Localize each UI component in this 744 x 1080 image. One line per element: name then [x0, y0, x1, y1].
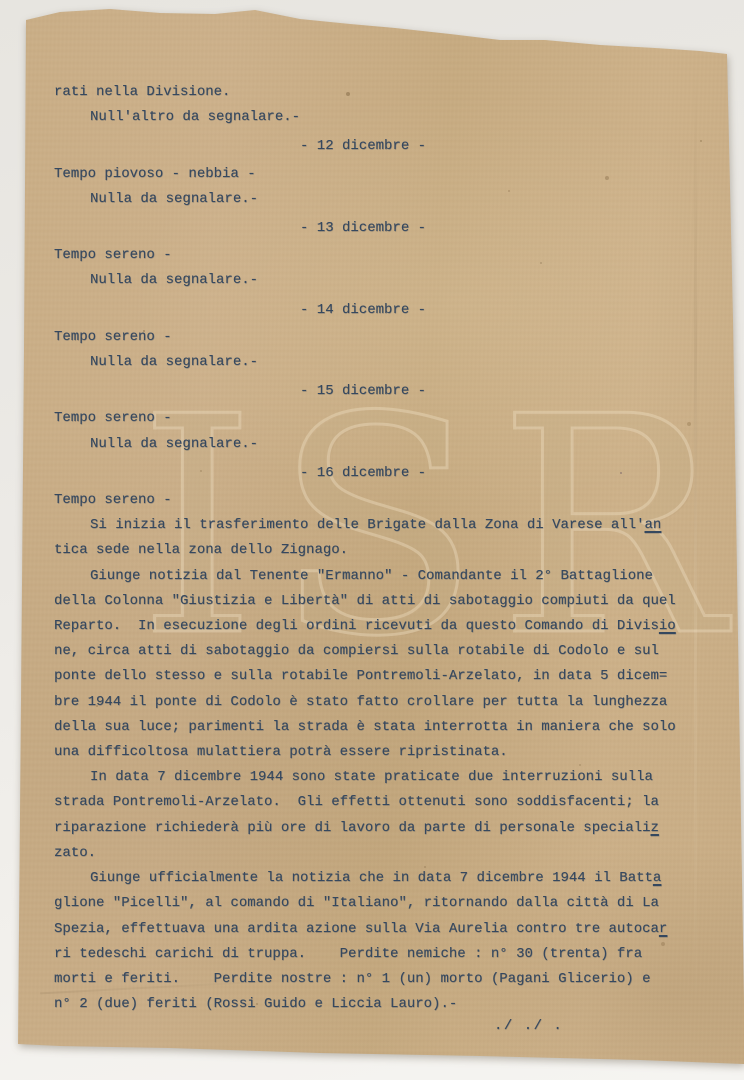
text-line: Tempo sereno -: [54, 243, 698, 268]
text-line: rati nella Divisione.: [54, 80, 698, 105]
continuation-mark: ./ ./ .: [494, 1018, 563, 1034]
text-line: Nulla da segnalare.-: [54, 268, 698, 293]
text-line: Si inizia il trasferimento delle Brigate…: [54, 513, 698, 538]
paper-speckles: [0, 0, 2, 2]
text-line: riparazione richiederà più ore di lavoro…: [54, 816, 698, 841]
text-line: - 16 dicembre -: [54, 461, 698, 486]
text-line: ponte dello stesso e sulla rotabile Pont…: [54, 664, 698, 689]
text-line: glione "Picelli", al comando di "Italian…: [54, 891, 698, 916]
hyphenation-underline: io: [659, 618, 676, 634]
hyphenation-underline: a: [653, 870, 661, 886]
text-line: Nulla da segnalare.-: [54, 187, 698, 212]
text-line: ne, circa atti di sabotaggio da compiers…: [54, 639, 698, 664]
text-line: Nulla da segnalare.-: [54, 432, 698, 457]
paper-surface: ISR rati nella Divisione.Null'altro da s…: [0, 0, 744, 1080]
text-line: Reparto. In esecuzione degli ordini rice…: [54, 614, 698, 639]
text-line: della Colonna "Giustizia e Libertà" di a…: [54, 589, 698, 614]
text-line: morti e feriti. Perdite nostre : n° 1 (u…: [54, 967, 698, 992]
text-line: della sua luce; parimenti la strada è st…: [54, 715, 698, 740]
hyphenation-underline: z: [651, 820, 659, 836]
text-line: Tempo piovoso - nebbia -: [54, 162, 698, 187]
hyphenation-underline: r: [659, 921, 667, 937]
paper-sheet: ISR rati nella Divisione.Null'altro da s…: [0, 0, 744, 1080]
text-line: Spezia, effettuava una ardita azione sul…: [54, 917, 698, 942]
text-line: Null'altro da segnalare.-: [54, 105, 698, 130]
hyphenation-underline: an: [645, 517, 662, 533]
text-line: n° 2 (due) feriti (Rossi Guido e Liccia …: [54, 992, 698, 1017]
text-line: Nulla da segnalare.-: [54, 350, 698, 375]
diary-text-block: rati nella Divisione.Null'altro da segna…: [54, 80, 698, 1017]
text-line: Tempo sereno -: [54, 488, 698, 513]
text-line: Giunge ufficialmente la notizia che in d…: [54, 866, 698, 891]
scan-background: ISR rati nella Divisione.Null'altro da s…: [0, 0, 744, 1080]
text-line: - 15 dicembre -: [54, 379, 698, 404]
text-line: una difficoltosa mulattiera potrà essere…: [54, 740, 698, 765]
text-line: bre 1944 il ponte di Codolo è stato fatt…: [54, 690, 698, 715]
text-line: Giunge notizia dal Tenente "Ermanno" - C…: [54, 564, 698, 589]
text-line: strada Pontremoli-Arzelato. Gli effetti …: [54, 790, 698, 815]
text-line: ri tedeschi carichi di truppa. Perdite n…: [54, 942, 698, 967]
text-line: tica sede nella zona dello Zignago.: [54, 538, 698, 563]
text-line: - 13 dicembre -: [54, 216, 698, 241]
text-line: - 14 dicembre -: [54, 298, 698, 323]
text-line: Tempo sereno -: [54, 325, 698, 350]
text-line: zato.: [54, 841, 698, 866]
text-line: Tempo sereno -: [54, 406, 698, 431]
text-line: - 12 dicembre -: [54, 134, 698, 159]
text-line: In data 7 dicembre 1944 sono state prati…: [54, 765, 698, 790]
